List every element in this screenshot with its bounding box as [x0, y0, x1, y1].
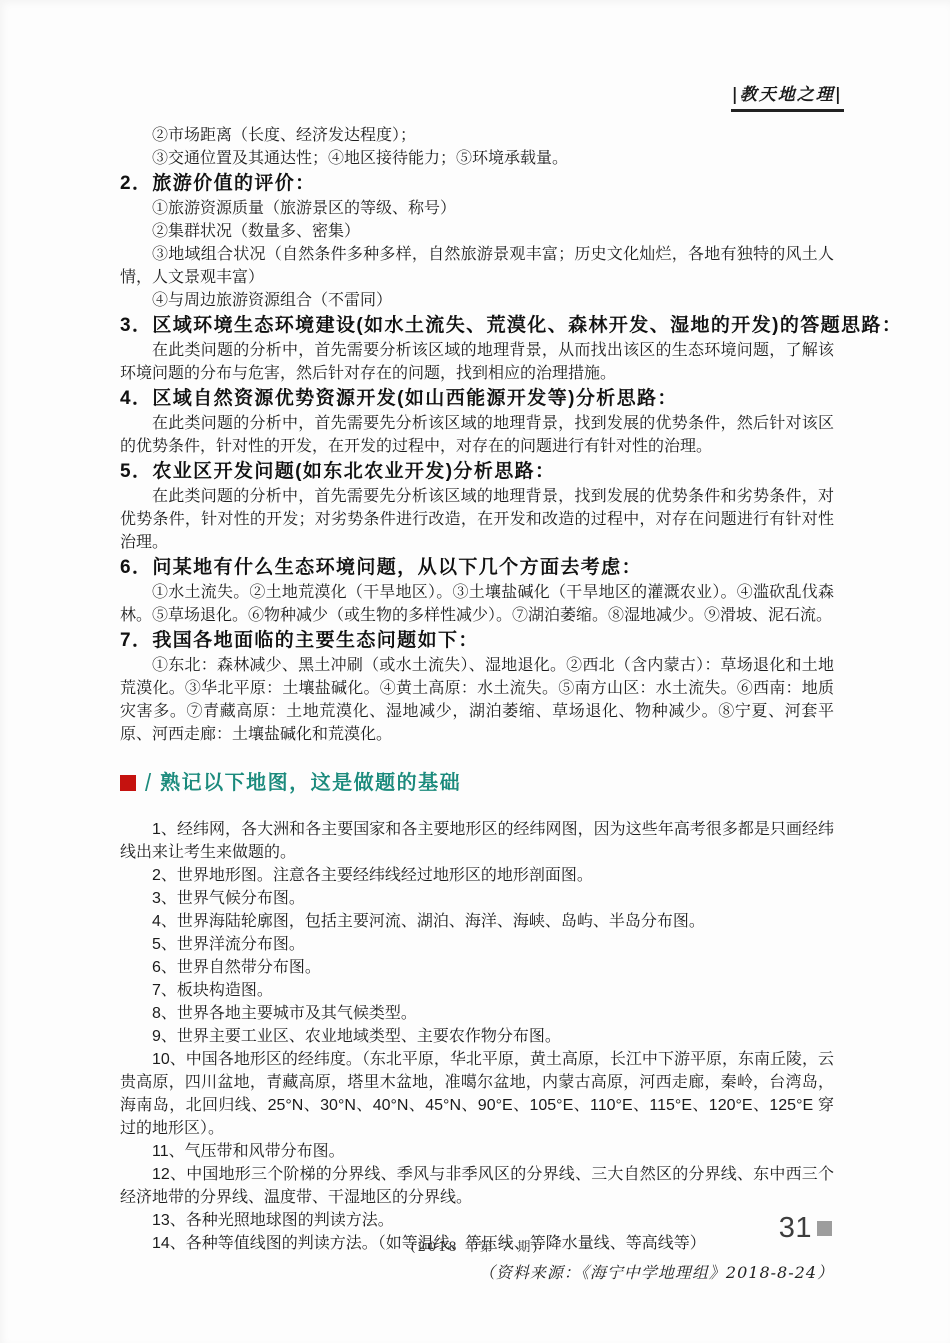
map-list-item: 3、世界气候分布图。 — [120, 887, 834, 910]
map-list-item: 12、中国地形三个阶梯的分界线、季风与非季风区的分界线、三大自然区的分界线、东中… — [120, 1163, 834, 1209]
page-number: 31 — [779, 1214, 812, 1243]
section-header: / 熟记以下地图，这是做题的基础 — [120, 770, 834, 796]
map-list-item: 8、世界各地主要城市及其气候类型。 — [120, 1002, 834, 1025]
source-citation: （资料来源：《海宁中学地理组》2018-8-24） — [120, 1260, 834, 1283]
answer-guide-line: ③交通位置及其通达性；④地区接待能力；⑤环境承载量。 — [120, 147, 834, 170]
map-list-item: 5、世界洋流分布图。 — [120, 933, 834, 956]
answer-guide-paragraph: 在此类问题的分析中，首先需要先分析该区域的地理背景，找到发展的优势条件和劣势条件… — [120, 485, 834, 554]
map-list-item: 10、中国各地形区的经纬度。（东北平原，华北平原，黄土高原，长江中下游平原，东南… — [120, 1048, 834, 1140]
answer-guide-line: ③地域组合状况（自然条件多种多样，自然旅游景观丰富；历史文化灿烂，各地有独特的风… — [120, 243, 834, 289]
masthead-column-title: |教天地之理| — [731, 86, 844, 112]
numbered-heading-3: 3．区域环境生态环境建设(如水土流失、荒漠化、森林开发、湿地的开发)的答题思路： — [120, 313, 834, 338]
map-list-item: 2、世界地形图。注意各主要经纬线经过地形区的地形剖面图。 — [120, 864, 834, 887]
map-list-item: 9、世界主要工业区、农业地域类型、主要农作物分布图。 — [120, 1025, 834, 1048]
magazine-page: |教天地之理| ②市场距离（长度、经济发达程度）； ③交通位置及其通达性；④地区… — [0, 0, 950, 1343]
page-number-square-icon — [817, 1221, 832, 1236]
red-square-marker-icon — [120, 775, 136, 791]
answer-guide-paragraph: 在此类问题的分析中，首先需要分析该区域的地理背景，从而找出该区的生态环境问题，了… — [120, 339, 834, 385]
page-content: ②市场距离（长度、经济发达程度）； ③交通位置及其通达性；④地区接待能力；⑤环境… — [120, 124, 834, 1283]
map-list-item: 7、板块构造图。 — [120, 979, 834, 1002]
answer-guide-line: ②集群状况（数量多、密集） — [120, 220, 834, 243]
section-slash: / — [145, 768, 151, 798]
map-list-item: 6、世界自然带分布图。 — [120, 956, 834, 979]
answer-guide-paragraph: 在此类问题的分析中，首先需要先分析该区域的地理背景，找到发展的优势条件，然后针对… — [120, 412, 834, 458]
numbered-heading-7: 7．我国各地面临的主要生态问题如下： — [120, 628, 834, 653]
answer-guide-line: ②市场距离（长度、经济发达程度）； — [120, 124, 834, 147]
numbered-heading-6: 6．问某地有什么生态环境问题，从以下几个方面去考虑： — [120, 555, 834, 580]
answer-guide-line: ④与周边旅游资源组合（不雷同） — [120, 289, 834, 312]
map-list-item: 4、世界海陆轮廓图，包括主要河流、湖泊、海洋、海峡、岛屿、半岛分布图。 — [120, 910, 834, 933]
map-list-item: 11、气压带和风带分布图。 — [120, 1140, 834, 1163]
page-number-block: 31 — [779, 1214, 832, 1243]
numbered-heading-5: 5．农业区开发问题(如东北农业开发)分析思路： — [120, 459, 834, 484]
answer-guide-paragraph: ①东北：森林减少、黑土冲刷（或水土流失）、湿地退化。②西北（含内蒙古）：草场退化… — [120, 654, 834, 746]
masthead-text: |教天地之理| — [732, 85, 843, 105]
section-title: 熟记以下地图，这是做题的基础 — [160, 771, 461, 795]
answer-guide-paragraph: ①水土流失。②土地荒漠化（干旱地区）。③土壤盐碱化（干旱地区的灌溉农业）。④滥砍… — [120, 581, 834, 627]
answer-guide-line: ①旅游资源质量（旅游景区的等级、称号） — [120, 197, 834, 220]
numbered-heading-2: 2．旅游价值的评价： — [120, 171, 834, 196]
map-list-item: 1、经纬网，各大洲和各主要国家和各主要地形区的经纬网图，因为这些年高考很多都是只… — [120, 818, 834, 864]
numbered-heading-4: 4．区域自然资源优势资源开发(如山西能源开发等)分析思路： — [120, 386, 834, 411]
map-list-item: 13、各种光照地球图的判读方法。 — [120, 1209, 834, 1232]
